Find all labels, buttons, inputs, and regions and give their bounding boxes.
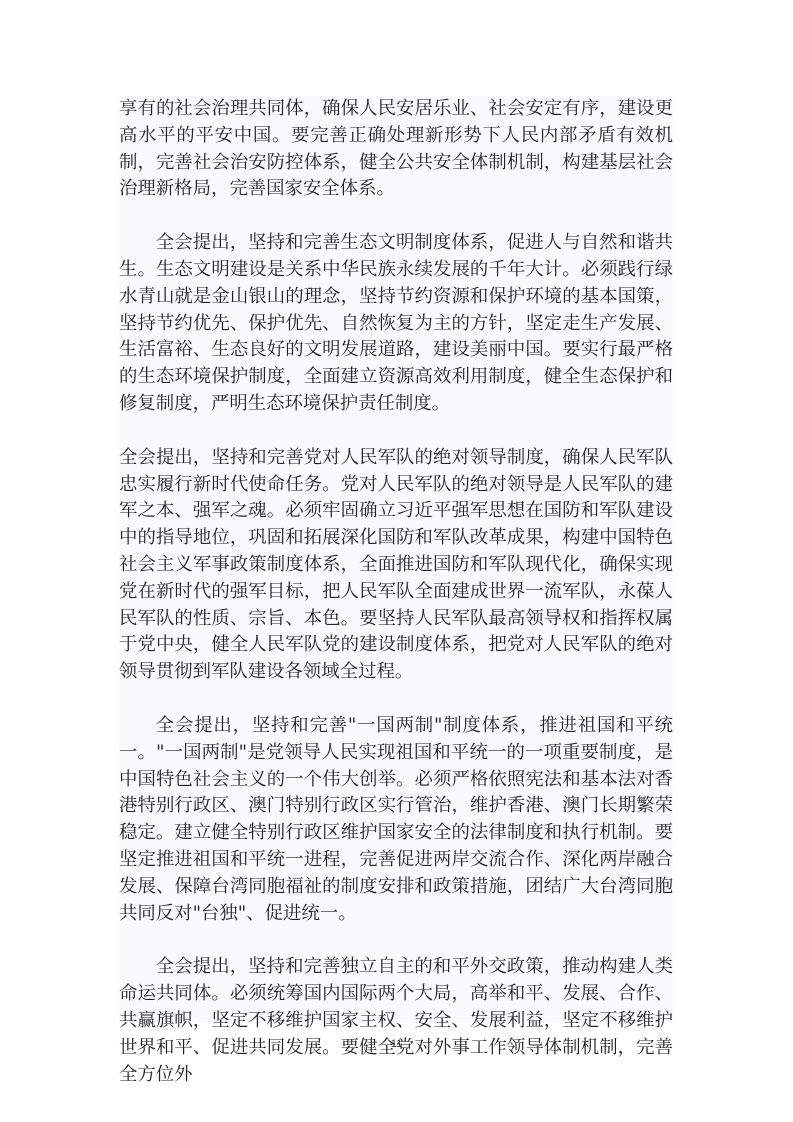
paragraph-foreign-policy: 全会提出，坚持和完善独立自主的和平外交政策，推动构建人类命运共同体。必须统筹国内… [119, 954, 673, 1088]
paragraph-military-leadership: 全会提出，坚持和完善党对人民军队的绝对领导制度，确保人民军队忠实履行新时代使命任… [119, 445, 673, 686]
document-body: 享有的社会治理共同体，确保人民安居乐业、社会安定有序，建设更高水平的平安中国。要… [119, 96, 673, 1023]
page-number: 11 [0, 1038, 793, 1050]
paragraph-social-governance: 享有的社会治理共同体，确保人民安居乐业、社会安定有序，建设更高水平的平安中国。要… [119, 96, 673, 203]
paragraph-one-country-two-systems: 全会提出，坚持和完善"一国两制"制度体系，推进祖国和平统一。"一国两制"是党领导… [119, 713, 673, 927]
paragraph-ecological-civilization: 全会提出，坚持和完善生态文明制度体系，促进人与自然和谐共生。生态文明建设是关系中… [119, 230, 673, 418]
